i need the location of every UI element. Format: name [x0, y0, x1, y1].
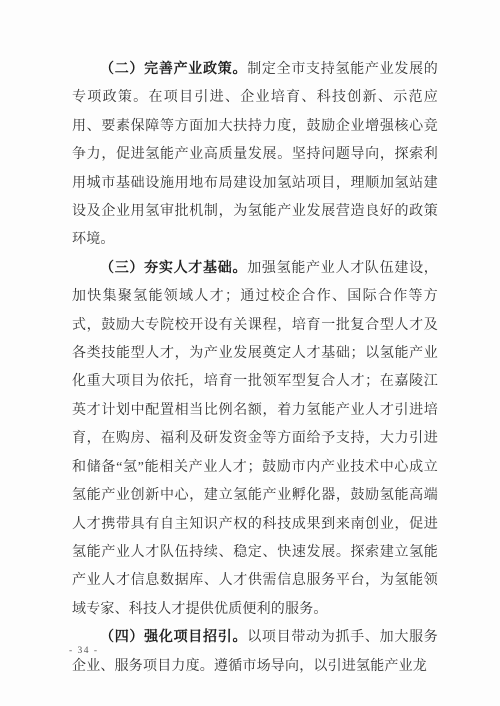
paragraph-body: 加强氢能产业人才队伍建设，加快集聚氢能领域人才；通过校企合作、国际合作等方式，鼓…	[72, 261, 438, 617]
page-number: - 34 -	[69, 646, 99, 656]
paragraph-heading: （四）强化项目招引。	[100, 630, 247, 645]
paragraph-heading: （三）夯实人才基础。	[100, 261, 247, 276]
paragraph-body: 制定全市支持氢能产业发展的专项政策。在项目引进、企业培育、科技创新、示范应用、要…	[72, 62, 438, 247]
document-content: （二）完善产业政策。制定全市支持氢能产业发展的专项政策。在项目引进、企业培育、科…	[72, 56, 438, 681]
paragraph-heading: （二）完善产业政策。	[100, 62, 247, 77]
paragraph-talent: （三）夯实人才基础。加强氢能产业人才队伍建设，加快集聚氢能领域人才；通过校企合作…	[72, 255, 438, 624]
paragraph-projects: （四）强化项目招引。以项目带动为抓手、加大服务企业、服务项目力度。遵循市场导向，…	[72, 624, 438, 681]
paragraph-policy: （二）完善产业政策。制定全市支持氢能产业发展的专项政策。在项目引进、企业培育、科…	[72, 56, 438, 255]
document-page: （二）完善产业政策。制定全市支持氢能产业发展的专项政策。在项目引进、企业培育、科…	[0, 0, 500, 706]
